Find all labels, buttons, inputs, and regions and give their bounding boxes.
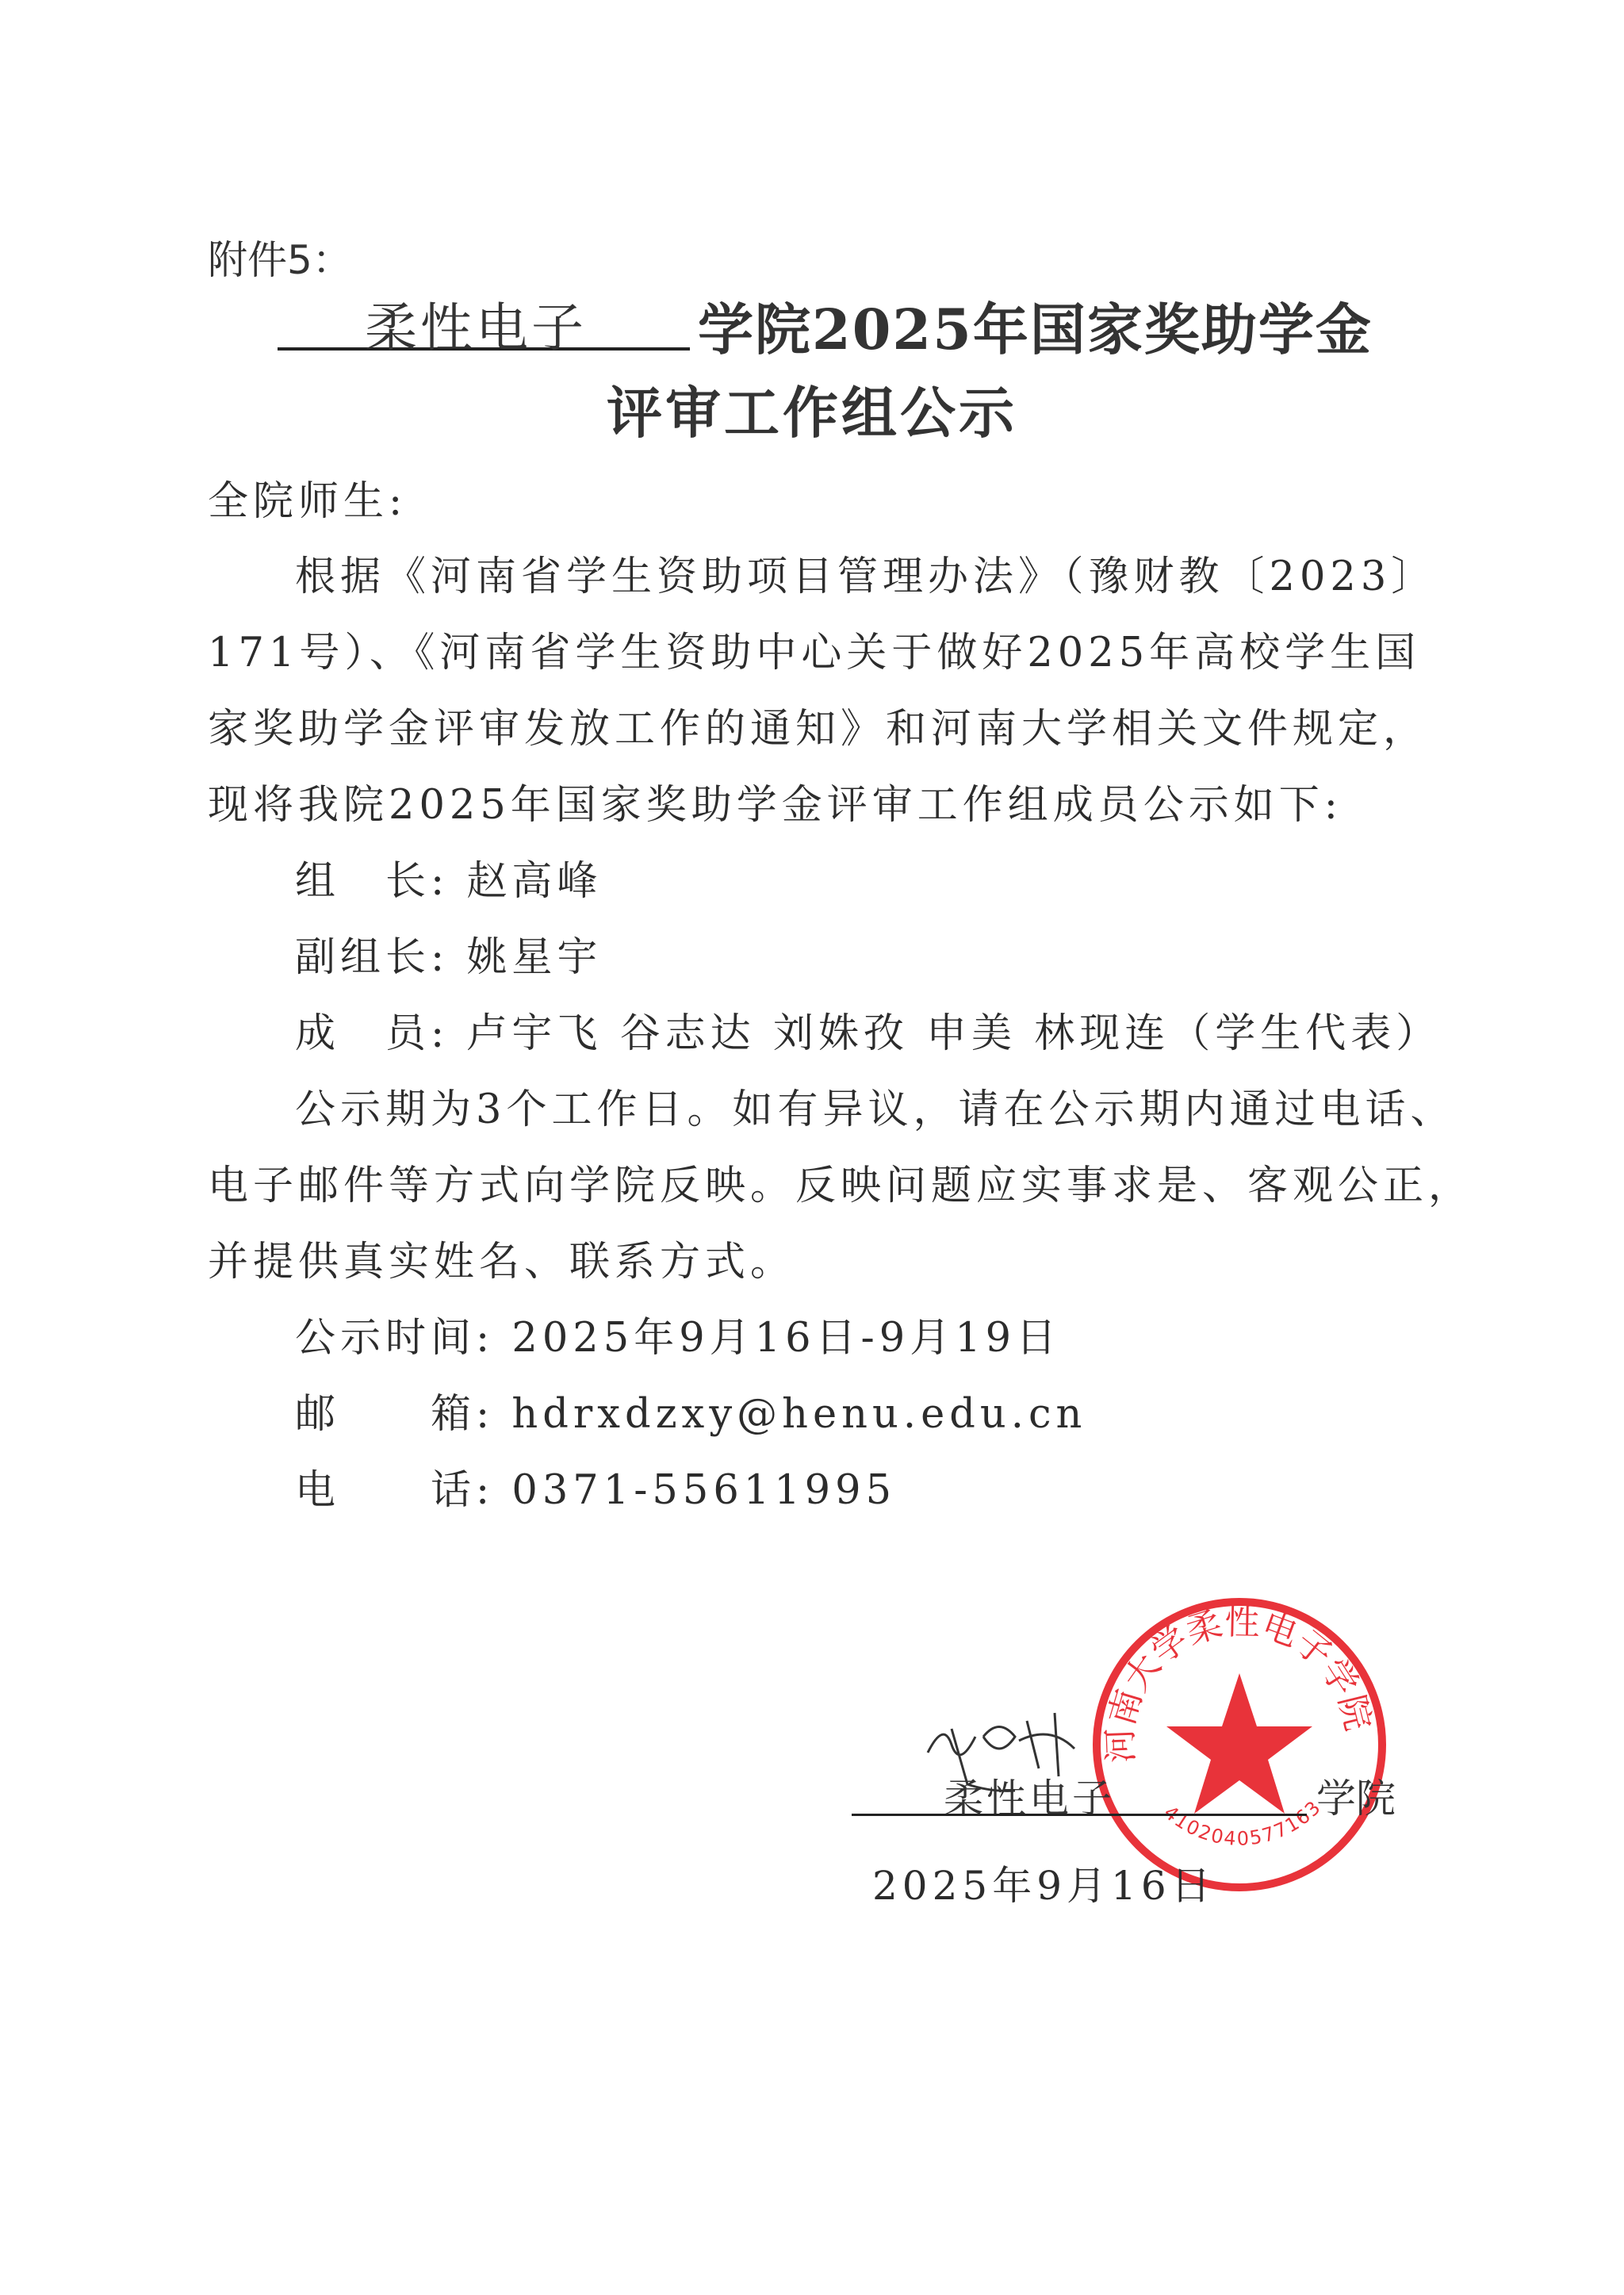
members-label: 成 员:	[295, 996, 449, 1072]
phone-label: 电 话:	[295, 1453, 494, 1529]
leader-label: 组 长:	[295, 844, 449, 920]
title-department: 柔性电子	[365, 285, 587, 361]
attachment-label: 附件5：	[208, 228, 352, 285]
svg-text:4102040577163: 4102040577163	[1159, 1795, 1326, 1850]
greeting: 全院师生:	[208, 464, 407, 540]
notice-line: 并提供真实姓名、联系方式。	[208, 1224, 1445, 1301]
title-rest: 学院2025年国家奖助学金	[698, 285, 1373, 366]
signature-date: 2025年9月16日	[872, 1854, 1216, 1911]
title-fill-blank: 柔性电子	[278, 285, 690, 351]
deputy-value: 姚星宇	[466, 934, 602, 981]
body-paragraph: 根据《河南省学生资助项目管理办法》（豫财教〔2023〕 171号）、《河南省学生…	[208, 539, 1445, 1529]
phone-value: 0371-55611995	[511, 1467, 896, 1514]
body-line: 根据《河南省学生资助项目管理办法》（豫财教〔2023〕	[208, 539, 1445, 615]
email-row: 邮 箱: hdrxdzxy@henu.edu.cn	[208, 1377, 1445, 1453]
email-value: hdrxdzxy@henu.edu.cn	[511, 1391, 1086, 1438]
deputy-label: 副组长:	[295, 920, 449, 996]
deputy-row: 副组长: 姚星宇	[208, 920, 1445, 996]
leader-row: 组 长: 赵高峰	[208, 844, 1445, 920]
period-label: 公示时间:	[295, 1301, 494, 1377]
period-value: 2025年9月16日-9月19日	[511, 1315, 1061, 1362]
official-seal-icon: 河南大学柔性电子学院 4102040577163	[1090, 1596, 1388, 1894]
phone-row: 电 话: 0371-55611995	[208, 1453, 1445, 1529]
signature-suffix: 学院	[1316, 1767, 1396, 1824]
members-value: 卢宇飞 谷志达 刘姝孜 申美 林现连（学生代表）	[466, 1010, 1441, 1057]
members-row: 成 员: 卢宇飞 谷志达 刘姝孜 申美 林现连（学生代表）	[208, 996, 1445, 1072]
title-line-1: 柔性电子 学院2025年国家奖助学金	[278, 285, 1404, 357]
email-label: 邮 箱:	[295, 1377, 494, 1453]
body-line: 现将我院2025年国家奖助学金评审工作组成员公示如下:	[208, 768, 1445, 844]
leader-value: 赵高峰	[466, 858, 602, 905]
body-line: 家奖助学金评审发放工作的通知》和河南大学相关文件规定，	[208, 692, 1445, 768]
body-line: 171号）、《河南省学生资助中心关于做好2025年高校学生国	[208, 615, 1445, 692]
period-row: 公示时间: 2025年9月16日-9月19日	[208, 1301, 1445, 1377]
signature-underline	[852, 1814, 1307, 1816]
signature-block: 河南大学柔性电子学院 4102040577163 柔性电子 学院 2025年9月…	[841, 1586, 1515, 1951]
title-line-2: 评审工作组公示	[0, 369, 1624, 449]
notice-line: 公示期为3个工作日。如有异议，请在公示期内通过电话、	[208, 1072, 1445, 1148]
notice-line: 电子邮件等方式向学院反映。反映问题应实事求是、客观公正，	[208, 1148, 1445, 1224]
